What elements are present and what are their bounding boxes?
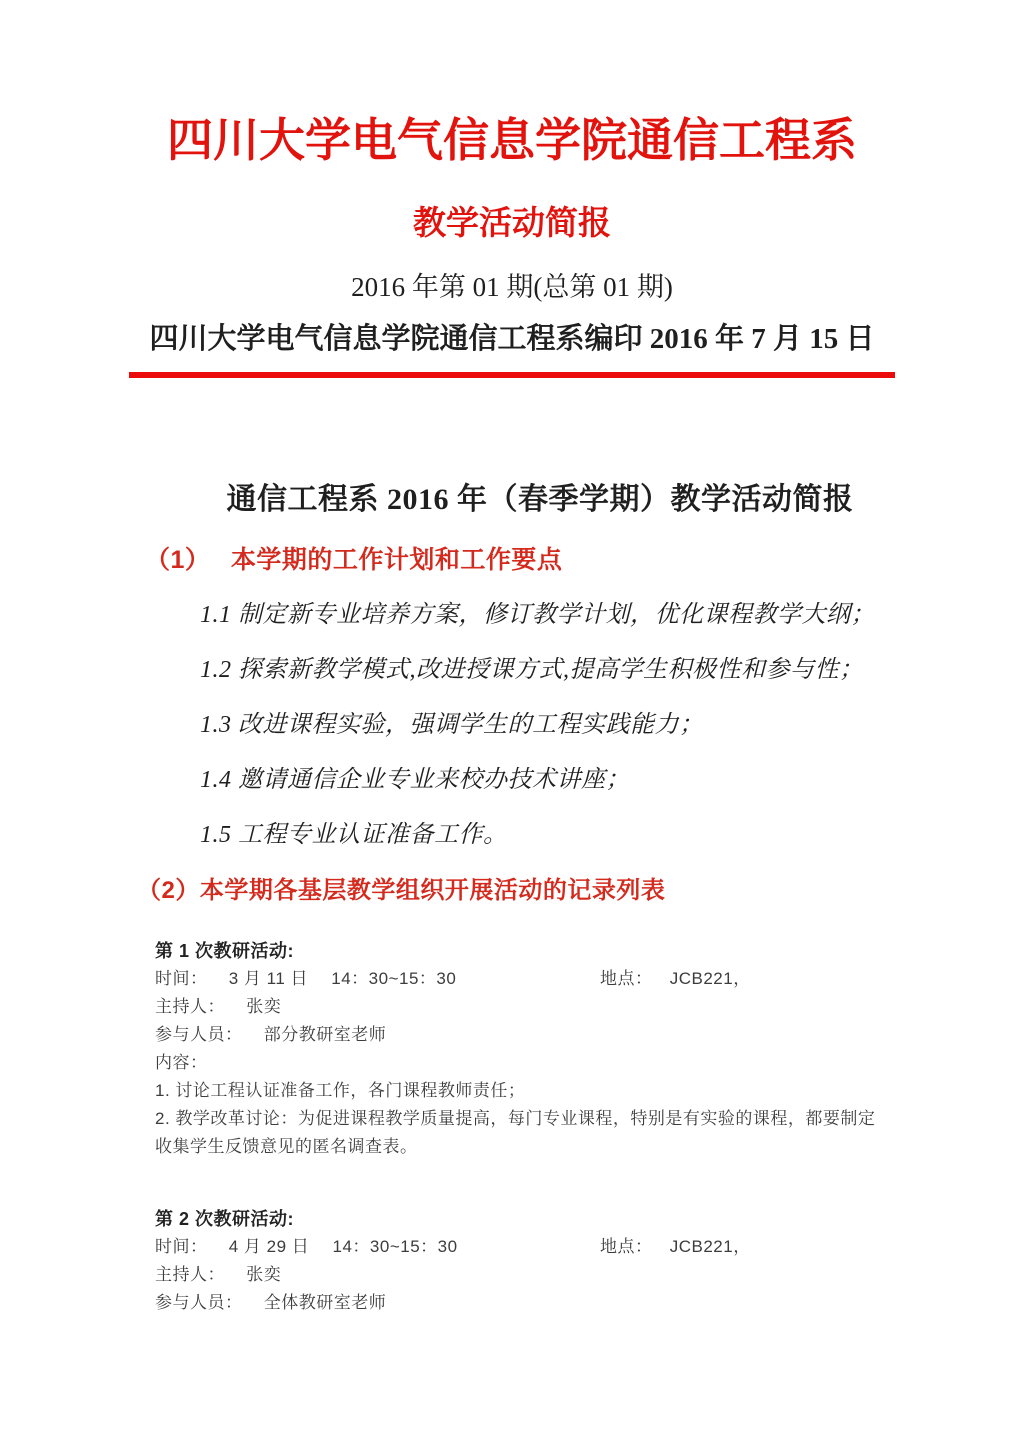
issue-line: 2016 年第 01 期(总第 01 期) bbox=[0, 270, 1024, 304]
record-1-location: 地点： JCB221， bbox=[600, 965, 751, 993]
activity-record-2: 第 2 次教研活动: 时间： 4 月 29 日 14：30~15：30 地点： … bbox=[155, 1205, 895, 1317]
plan-item-3: 1.3 改进课程实验，强调学生的工程实践能力； bbox=[200, 708, 1024, 742]
participants-value: 部分教研室老师 bbox=[264, 1025, 387, 1044]
host-value: 张奕 bbox=[246, 997, 281, 1016]
document-page: 四川大学电气信息学院通信工程系 教学活动简报 2016 年第 01 期(总第 0… bbox=[0, 0, 1024, 1448]
location-label: 地点： bbox=[600, 1237, 653, 1256]
record-2-host-row: 主持人： 张奕 bbox=[155, 1261, 895, 1289]
record-1-host-row: 主持人： 张奕 bbox=[155, 993, 895, 1021]
record-1-content-item-1: 1. 讨论工程认证准备工作，各门课程教师责任； bbox=[155, 1077, 890, 1105]
plan-item-5: 1.5 工程专业认证准备工作。 bbox=[200, 818, 1024, 852]
section-title: 通信工程系 2016 年（春季学期）教学活动简报 bbox=[0, 480, 1024, 520]
location-value: JCB221， bbox=[670, 1237, 751, 1256]
host-label: 主持人： bbox=[155, 997, 225, 1016]
plan-item-2: 1.2 探索新教学模式,改进授课方式,提高学生积极性和参与性； bbox=[200, 653, 1024, 687]
time-date: 3 月 11 日 bbox=[229, 969, 308, 988]
participants-value: 全体教研室老师 bbox=[264, 1293, 387, 1312]
record-1-title: 第 1 次教研活动: bbox=[155, 937, 895, 965]
participants-label: 参与人员： bbox=[155, 1293, 243, 1312]
main-title: 四川大学电气信息学院通信工程系 bbox=[0, 112, 1024, 170]
location-value: JCB221， bbox=[670, 969, 751, 988]
record-1-content-item-2: 2. 教学改革讨论：为促进课程教学质量提高，每门专业课程，特别是有实验的课程，都… bbox=[155, 1105, 890, 1161]
record-2-title: 第 2 次教研活动: bbox=[155, 1205, 895, 1233]
subtitle: 教学活动简报 bbox=[0, 204, 1024, 244]
plan-item-1: 1.1 制定新专业培养方案，修订教学计划，优化课程教学大纲； bbox=[200, 598, 1024, 632]
header-divider-rule bbox=[129, 372, 895, 378]
time-range: 14：30~15：30 bbox=[331, 969, 456, 988]
plan-list: 1.1 制定新专业培养方案，修订教学计划，优化课程教学大纲； 1.2 探索新教学… bbox=[0, 598, 1024, 852]
doc-header: 四川大学电气信息学院通信工程系 教学活动简报 2016 年第 01 期(总第 0… bbox=[0, 0, 1024, 378]
heading-activity-records: （2）本学期各基层教学组织开展活动的记录列表 bbox=[137, 873, 1024, 909]
activity-record-1: 第 1 次教研活动: 时间： 3 月 11 日 14：30~15：30 地点： … bbox=[155, 937, 895, 1161]
time-label: 时间： bbox=[155, 1237, 208, 1256]
time-range: 14：30~15：30 bbox=[333, 1237, 458, 1256]
participants-label: 参与人员： bbox=[155, 1025, 243, 1044]
record-2-time-row: 时间： 4 月 29 日 14：30~15：30 地点： JCB221， bbox=[155, 1233, 895, 1261]
host-label: 主持人： bbox=[155, 1265, 225, 1284]
record-2-location: 地点： JCB221， bbox=[600, 1233, 751, 1261]
time-date: 4 月 29 日 bbox=[229, 1237, 310, 1256]
location-label: 地点： bbox=[600, 969, 653, 988]
doc-body: 通信工程系 2016 年（春季学期）教学活动简报 （1） 本学期的工作计划和工作… bbox=[0, 480, 1024, 1317]
record-1-content-label: 内容： bbox=[155, 1049, 895, 1077]
publisher-line: 四川大学电气信息学院通信工程系编印 2016 年 7 月 15 日 bbox=[0, 320, 1024, 358]
record-1-time-row: 时间： 3 月 11 日 14：30~15：30 地点： JCB221， bbox=[155, 965, 895, 993]
heading-work-plan: （1） 本学期的工作计划和工作要点 bbox=[145, 542, 1024, 578]
time-label: 时间： bbox=[155, 969, 208, 988]
record-1-participants-row: 参与人员： 部分教研室老师 bbox=[155, 1021, 895, 1049]
record-2-participants-row: 参与人员： 全体教研室老师 bbox=[155, 1289, 895, 1317]
plan-item-4: 1.4 邀请通信企业专业来校办技术讲座； bbox=[200, 763, 1024, 797]
host-value: 张奕 bbox=[246, 1265, 281, 1284]
